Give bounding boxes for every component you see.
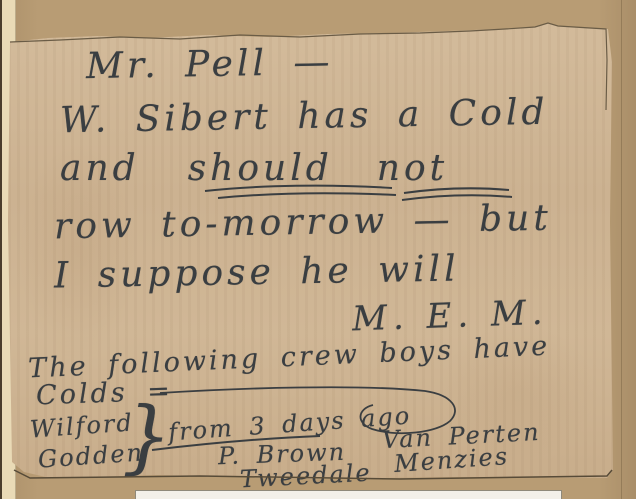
brace-glyph: } xyxy=(122,397,172,477)
mat-crease-line xyxy=(621,0,622,499)
word-and: and xyxy=(60,148,140,189)
note-line-should-not: andshouldnot xyxy=(60,148,448,189)
word-should-underlined: should xyxy=(188,148,333,189)
note-line-sibert-cold: W. Sibert has a Cold xyxy=(60,92,549,142)
scanned-note-page: Mr. Pell — W. Sibert has a Cold andshoul… xyxy=(0,0,636,499)
word-not-underlined: not xyxy=(377,148,448,189)
note-line-row-tomorrow: row to-morrow — but xyxy=(54,198,552,248)
note-line-suppose: I suppose he will xyxy=(54,248,460,296)
note-salutation: Mr. Pell — xyxy=(86,42,334,87)
crew-name-tweedale: Tweedale xyxy=(239,459,372,494)
next-item-edge xyxy=(135,490,562,499)
